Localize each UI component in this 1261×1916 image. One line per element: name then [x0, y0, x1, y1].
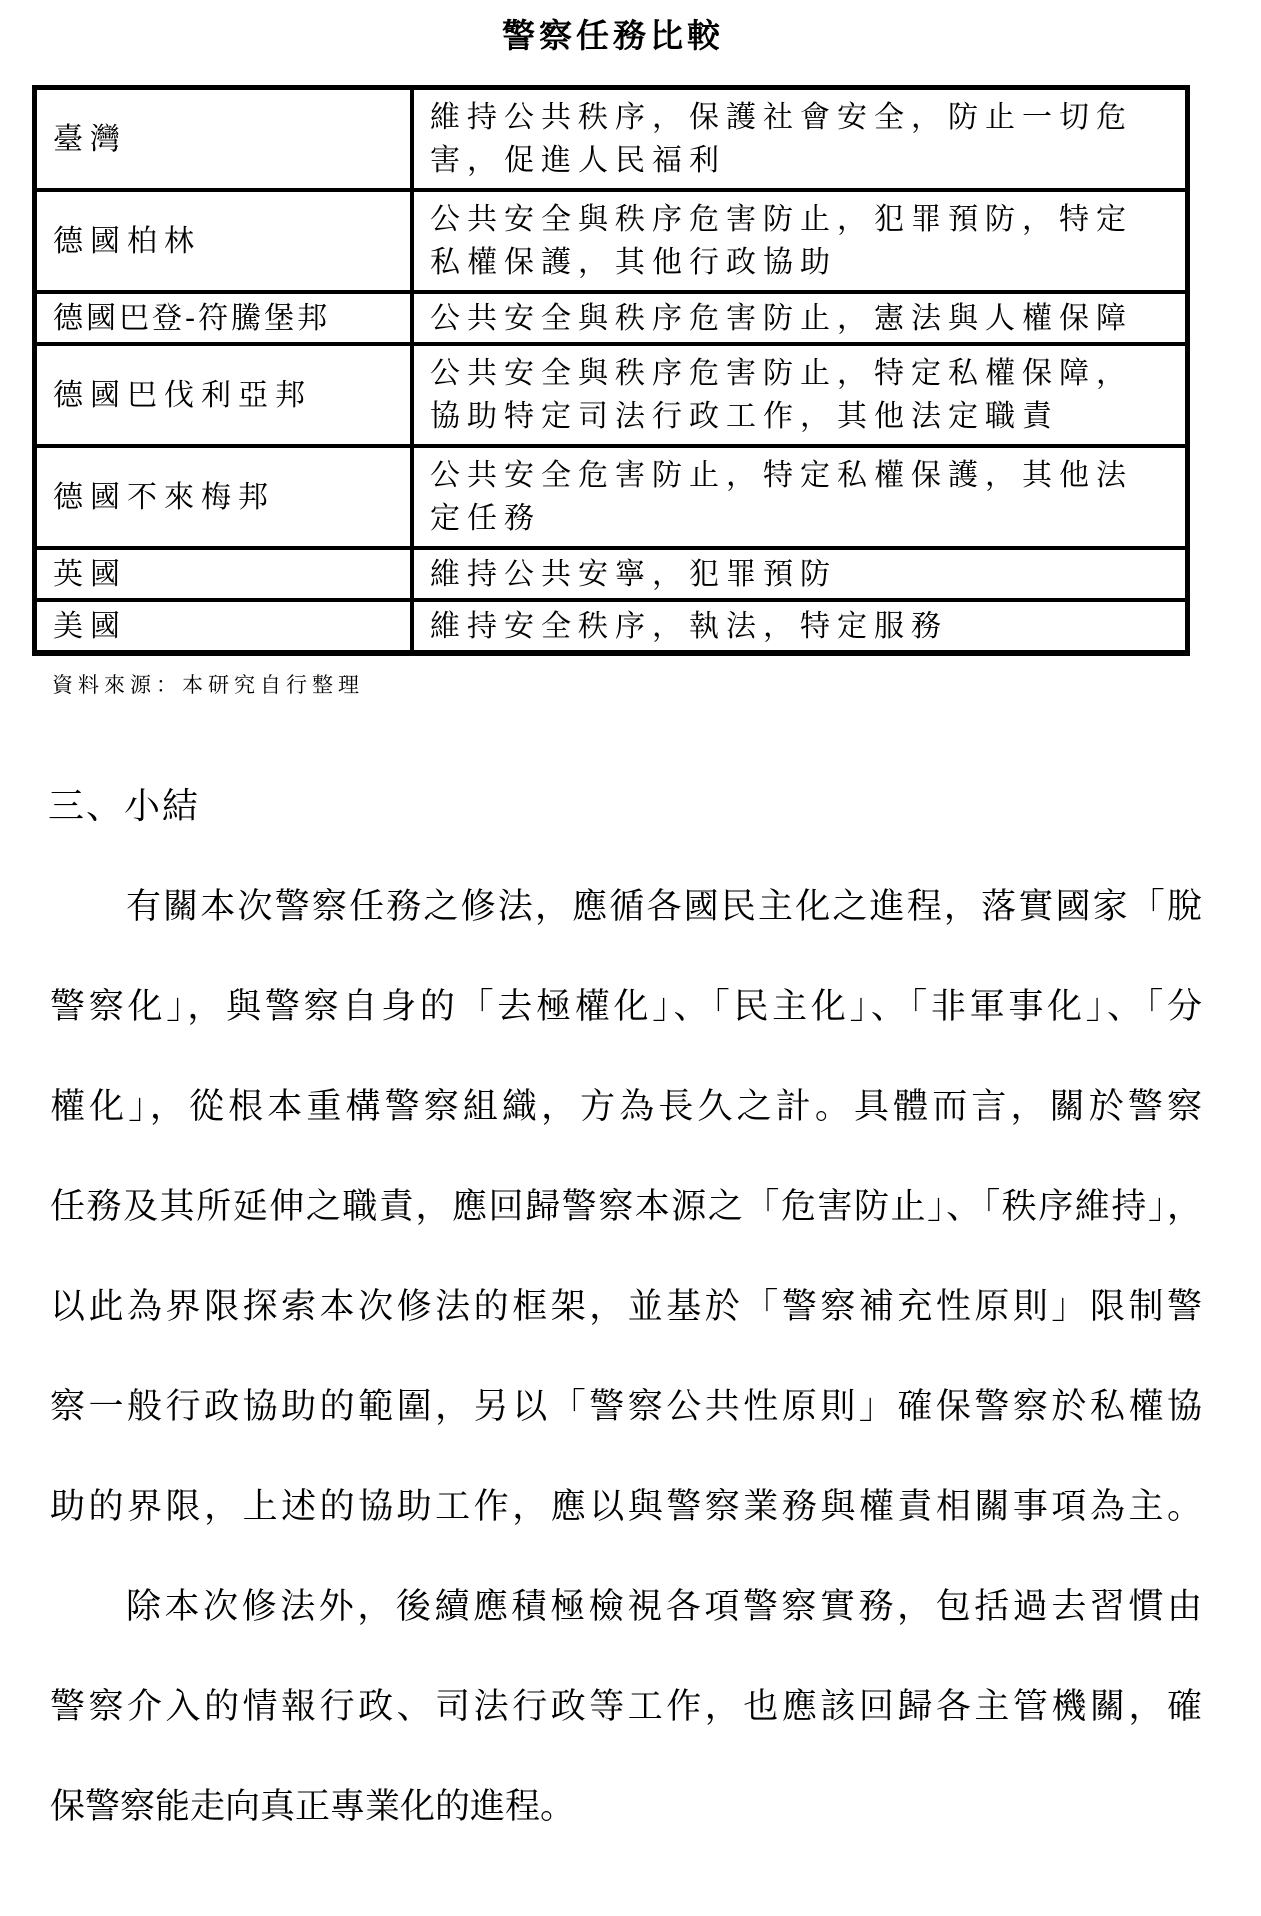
task-line: 害，促進人民福利 — [430, 143, 726, 178]
task-line: 公共安全與秩序危害防止，特定私權保障， — [430, 356, 1133, 391]
task-cell: 維持公共安寧，犯罪預防 — [412, 548, 1188, 600]
body-line: 保警察能走向真正專業化的進程。 — [50, 1783, 1202, 1831]
table-row: 臺灣 維持公共秩序，保護社會安全，防止一切危害，促進人民福利 — [35, 88, 1188, 191]
region-cell: 德國巴伐利亞邦 — [35, 344, 413, 446]
task-cell: 公共安全與秩序危害防止，犯罪預防，特定私權保護，其他行政協助 — [412, 190, 1188, 292]
task-line: 協助特定司法行政工作，其他法定職責 — [430, 399, 1059, 434]
task-line: 維持安全秩序，執法，特定服務 — [430, 609, 948, 644]
task-line: 公共安全與秩序危害防止，憲法與人權保障 — [430, 301, 1133, 336]
body-line: 除本次修法外，後續應積極檢視各項警察實務，包括過去習慣由 — [126, 1583, 1202, 1631]
body-line: 以此為界限探索本次修法的框架，並基於「警察補充性原則」限制警 — [50, 1283, 1202, 1331]
body-line: 有關本次警察任務之修法，應循各國民主化之進程，落實國家「脫 — [126, 883, 1202, 931]
region-cell: 英國 — [35, 548, 413, 600]
region-cell: 德國柏林 — [35, 190, 413, 292]
table-title: 警察任務比較 — [0, 14, 1226, 58]
table-row: 德國不來梅邦 公共安全危害防止，特定私權保護，其他法定任務 — [35, 446, 1188, 548]
task-cell: 公共安全危害防止，特定私權保護，其他法定任務 — [412, 446, 1188, 548]
task-cell: 公共安全與秩序危害防止，特定私權保障，協助特定司法行政工作，其他法定職責 — [412, 344, 1188, 446]
table-row: 美國 維持安全秩序，執法，特定服務 — [35, 600, 1188, 653]
region-cell: 德國巴登-符騰堡邦 — [35, 292, 413, 344]
body-line: 權化」，從根本重構警察組織，方為長久之計。具體而言，關於警察 — [50, 1083, 1202, 1131]
region-cell: 臺灣 — [35, 88, 413, 191]
task-line: 公共安全危害防止，特定私權保護，其他法 — [430, 458, 1133, 493]
task-cell: 公共安全與秩序危害防止，憲法與人權保障 — [412, 292, 1188, 344]
task-cell: 維持公共秩序，保護社會安全，防止一切危害，促進人民福利 — [412, 88, 1188, 191]
task-cell: 維持安全秩序，執法，特定服務 — [412, 600, 1188, 653]
body-line: 警察介入的情報行政、司法行政等工作，也應該回歸各主管機關，確 — [50, 1683, 1202, 1731]
region-cell: 美國 — [35, 600, 413, 653]
task-line: 公共安全與秩序危害防止，犯罪預防，特定 — [430, 202, 1133, 237]
task-line: 定任務 — [430, 501, 541, 536]
table-row: 德國柏林 公共安全與秩序危害防止，犯罪預防，特定私權保護，其他行政協助 — [35, 190, 1188, 292]
body-line: 察一般行政協助的範圍，另以「警察公共性原則」確保警察於私權協 — [50, 1383, 1202, 1431]
source-note: 資料來源：本研究自行整理 — [52, 670, 364, 700]
task-line: 私權保護，其他行政協助 — [430, 245, 837, 280]
body-line: 助的界限，上述的協助工作，應以與警察業務與權責相關事項為主。 — [50, 1483, 1202, 1531]
section-heading: 三、小結 — [48, 782, 200, 832]
task-line: 維持公共秩序，保護社會安全，防止一切危 — [430, 100, 1133, 135]
table-row: 英國 維持公共安寧，犯罪預防 — [35, 548, 1188, 600]
body-line: 任務及其所延伸之職責，應回歸警察本源之「危害防止」、「秩序維持」， — [50, 1183, 1202, 1231]
table-row: 德國巴伐利亞邦 公共安全與秩序危害防止，特定私權保障，協助特定司法行政工作，其他… — [35, 344, 1188, 446]
body-line: 警察化」，與警察自身的「去極權化」、「民主化」、「非軍事化」、「分 — [50, 983, 1202, 1031]
table-row: 德國巴登-符騰堡邦 公共安全與秩序危害防止，憲法與人權保障 — [35, 292, 1188, 344]
task-line: 維持公共安寧，犯罪預防 — [430, 557, 837, 592]
police-task-comparison-table: 臺灣 維持公共秩序，保護社會安全，防止一切危害，促進人民福利 德國柏林 公共安全… — [32, 85, 1190, 656]
region-cell: 德國不來梅邦 — [35, 446, 413, 548]
